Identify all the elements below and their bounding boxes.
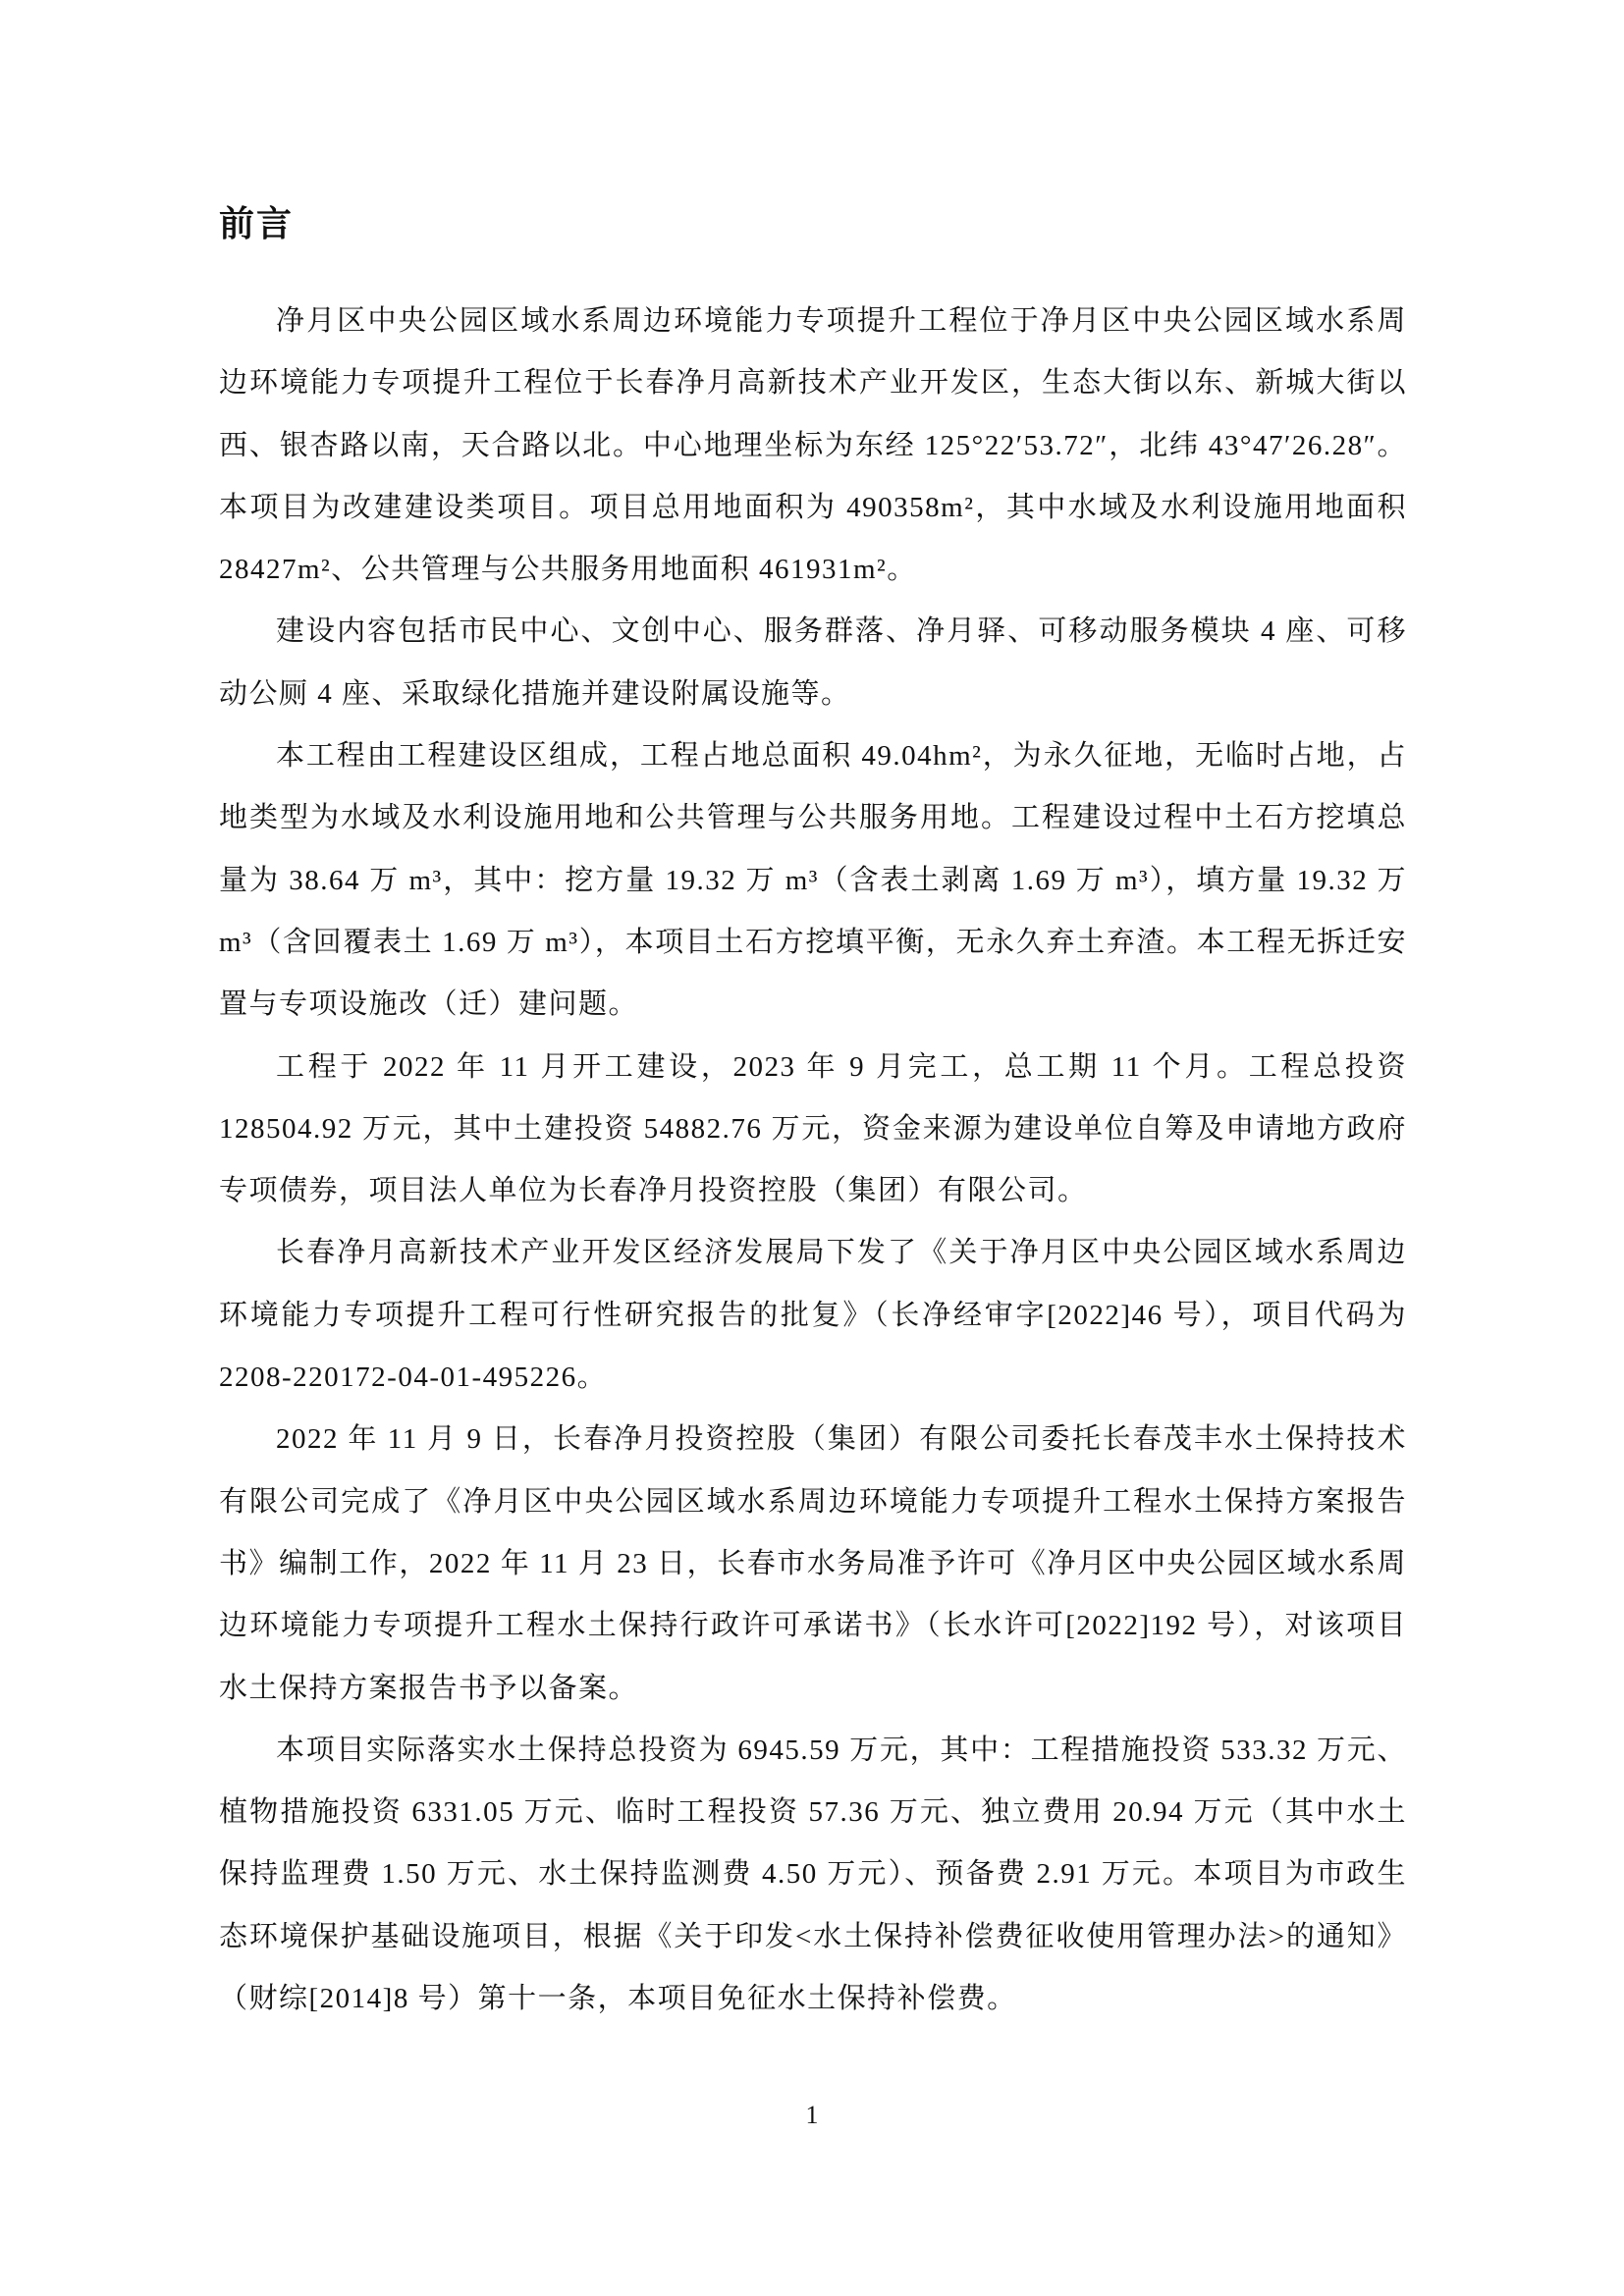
paragraph-location: 净月区中央公园区域水系周边环境能力专项提升工程位于净月区中央公园区域水系周边环境…: [219, 291, 1407, 601]
section-title: 前言: [219, 196, 294, 246]
paragraph-approval: 长春净月高新技术产业开发区经济发展局下发了《关于净月区中央公园区域水系周边环境能…: [219, 1222, 1407, 1409]
document-body: 净月区中央公园区域水系周边环境能力专项提升工程位于净月区中央公园区域水系周边环境…: [219, 291, 1407, 2030]
paragraph-soil-conservation-investment: 本项目实际落实水土保持总投资为 6945.59 万元，其中：工程措施投资 533…: [219, 1720, 1407, 2030]
paragraph-construction-content: 建设内容包括市民中心、文创中心、服务群落、净月驿、可移动服务模块 4 座、可移动…: [219, 601, 1407, 725]
paragraph-land-earthwork: 本工程由工程建设区组成，工程占地总面积 49.04hm²，为永久征地，无临时占地…: [219, 725, 1407, 1036]
paragraph-schedule-investment: 工程于 2022 年 11 月开工建设，2023 年 9 月完工，总工期 11 …: [219, 1037, 1407, 1223]
paragraph-plan-report: 2022 年 11 月 9 日，长春净月投资控股（集团）有限公司委托长春茂丰水土…: [219, 1409, 1407, 1719]
page-number: 1: [0, 2101, 1624, 2130]
